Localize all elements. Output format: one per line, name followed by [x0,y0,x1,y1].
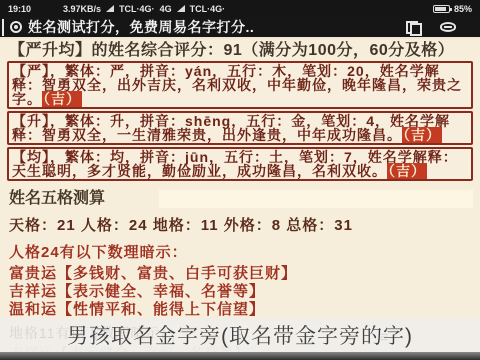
site-favicon-icon [10,21,22,33]
tabs-icon[interactable] [406,21,422,33]
video-caption-text: 男孩取名金字旁(取名带金字旁的字) [67,320,413,350]
carrier-1: TCL·4G· [119,4,155,14]
carrier-2: TCL·4G· [190,4,226,14]
page-content: 【严升均】的姓名综合评分：91（满分为100分，60分及格） 【严】，繁体：严，… [0,39,480,360]
verdict-badge: （吉） [42,91,82,107]
signal-icon-2 [177,5,185,12]
renge-hint: 温和运【性情平和、能得上下信望】 [9,301,473,319]
menu-icon[interactable] [440,22,456,32]
signal-icon [106,5,114,12]
phone-screen: 19:10 3.97KB/s TCL·4G· 4G TCL·4G· 85% 姓名… [0,0,480,360]
video-caption-bar: 男孩取名金字旁(取名带金字旁的字) [0,318,480,352]
network-speed: 3.97KB/s [63,4,101,14]
char-analysis-box: 【升】，繁体：升，拼音：shēng，五行：金，笔划：4，姓名学解释：智勇双全，一… [7,111,473,145]
section-title-wuge: 姓名五格测算 [9,190,473,208]
verdict-badge: （吉） [387,163,427,179]
char-analysis-text: 【升】，繁体：升，拼音：shēng，五行：金，笔划：4，姓名学解释：智勇双全，一… [12,113,450,143]
wuge-values-line: 天格：21 人格：24 地格：11 外格：8 总格：31 [9,214,473,235]
renge-hint: 富贵运【多钱财、富贵、白手可获巨财】 [9,265,473,283]
clock: 19:10 [8,4,31,14]
char-analysis-box: 【严】，繁体：严，拼音：yán，五行：木，笔划：20，姓名学解释：智勇双全，出外… [7,61,473,109]
verdict-badge: （吉） [402,127,442,143]
renge-hints-header: 人格24有以下数理暗示： [9,241,473,262]
char-analysis-box: 【均】，繁体：均，拼音：jūn，五行：土，笔划：7，姓名学解释：天生聪明，多才贤… [7,147,473,181]
browser-title-bar[interactable]: 姓名测试打分，免费周易名字打分.. [0,17,480,39]
battery-icon [433,5,450,13]
status-bar: 19:10 3.97KB/s TCL·4G· 4G TCL·4G· 85% [0,0,480,17]
edge-indicator [2,19,4,36]
name-score-line: 【严升均】的姓名综合评分：91（满分为100分，60分及格） [9,42,473,59]
page-title[interactable]: 姓名测试打分，免费周易名字打分.. [28,17,398,37]
bottom-edge-strip [0,352,480,360]
status-battery-group: 85% [433,4,472,14]
renge-hint: 吉祥运【表示健全、幸福、名誉等】 [9,283,473,301]
battery-percent: 85% [454,4,472,14]
network-mode: 4G [160,4,172,14]
status-network-group: 3.97KB/s TCL·4G· 4G TCL·4G· [63,4,427,14]
